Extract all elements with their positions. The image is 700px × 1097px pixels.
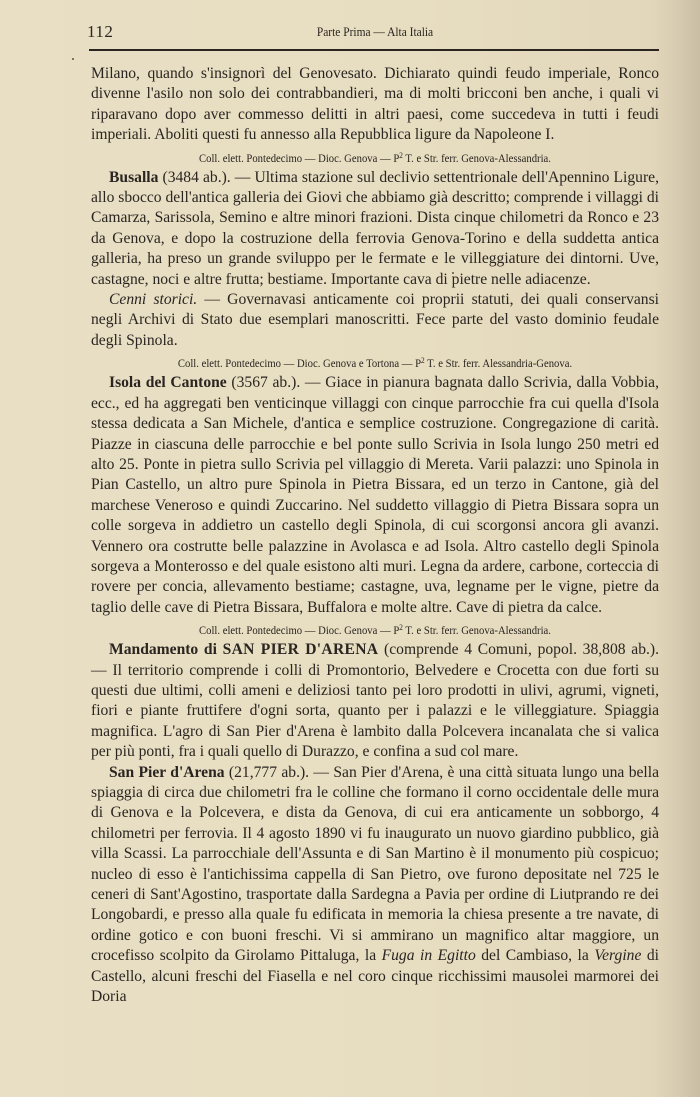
paragraph: Cenni storici. — Governavasi anticamente… [91, 290, 659, 351]
page-header: 112 Parte Prima — Alta Italia [91, 22, 659, 42]
section-mandamento-san-pier-darena: Mandamento di SAN PIER D'ARENA (comprend… [91, 640, 659, 762]
artwork-title: Vergine [594, 947, 641, 964]
header-rule [89, 49, 659, 51]
subheading-cenni-storici: Cenni storici. [109, 291, 197, 308]
electoral-note: Coll. elett. Pontedecimo — Dioc. Genova … [114, 351, 637, 373]
scan-speck [452, 272, 454, 274]
entry-heading: SAN PIER D'ARENA [223, 641, 379, 658]
entry-heading: Busalla [109, 169, 158, 186]
paragraph: San Pier d'Arena (21,777 ab.). — San Pie… [91, 763, 659, 1008]
section-busalla: Busalla (3484 ab.). — Ultima stazione su… [91, 168, 659, 374]
page-number: 112 [87, 22, 113, 42]
electoral-note: Coll. elett. Pontedecimo — Dioc. Genova … [114, 618, 637, 640]
section-ronco-continued: Milano, quando s'insignorì del Genovesat… [91, 64, 659, 168]
paragraph: Busalla (3484 ab.). — Ultima stazione su… [91, 168, 659, 290]
paragraph: Mandamento di SAN PIER D'ARENA (comprend… [91, 640, 659, 762]
entry-heading: San Pier d'Arena [109, 764, 225, 781]
body-text: Milano, quando s'insignorì del Genovesat… [91, 64, 659, 1007]
section-san-pier-darena: San Pier d'Arena (21,777 ab.). — San Pie… [91, 763, 659, 1008]
paragraph: Isola del Cantone (3567 ab.). — Giace in… [91, 373, 659, 618]
entry-heading-prefix: Mandamento di [109, 641, 223, 658]
running-head: Parte Prima — Alta Italia [125, 24, 625, 40]
entry-heading: Isola del Cantone [109, 374, 227, 391]
scan-speck [465, 973, 467, 975]
artwork-title: Fuga in Egitto [382, 947, 476, 964]
paragraph: Milano, quando s'insignorì del Genovesat… [91, 64, 659, 146]
section-isola-del-cantone: Isola del Cantone (3567 ab.). — Giace in… [91, 373, 659, 640]
electoral-note: Coll. elett. Pontedecimo — Dioc. Genova … [114, 146, 637, 168]
scan-speck [72, 58, 74, 60]
